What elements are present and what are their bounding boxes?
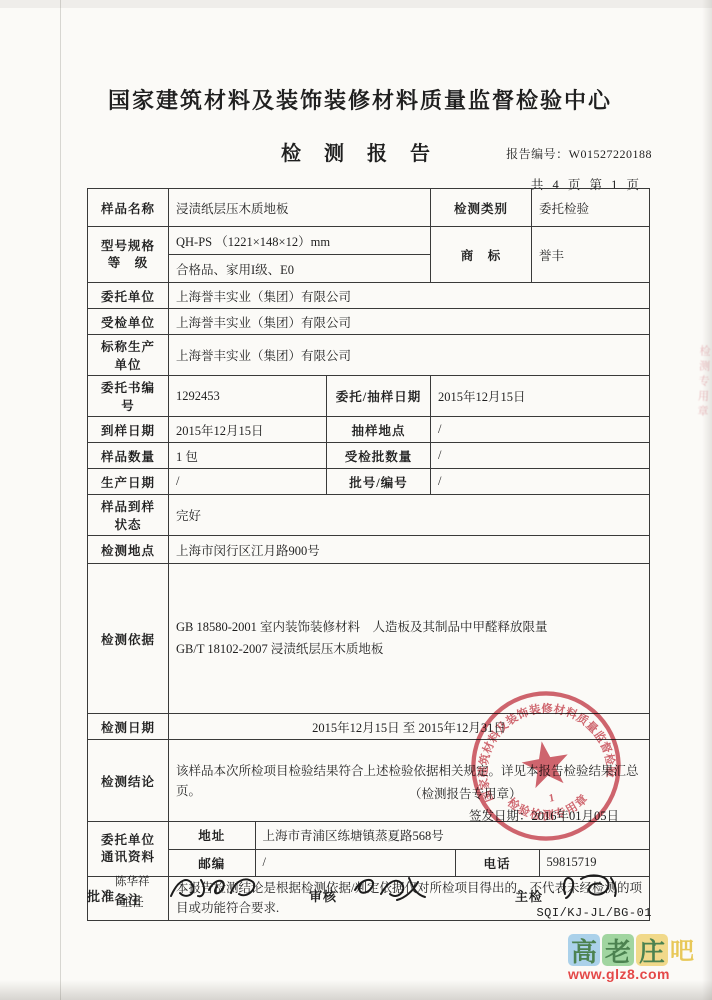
approver-signature (165, 872, 265, 906)
test-category-value: 委托检验 (532, 189, 650, 227)
production-date-label: 生产日期 (88, 469, 169, 495)
paper-right-shade (702, 0, 712, 1000)
table-row: 样品名称 浸渍纸层压木质地板 检测类别 委托检验 (88, 189, 650, 227)
table-row: 委托单位 通讯资料 地址 上海市青浦区练塘镇蒸夏路568号 邮编 / 电话 (88, 822, 650, 877)
table-row: 检测结论 该样品本次所检项目检验结果符合上述检验依据相关规定。详见本报告检验结果… (88, 740, 650, 822)
chief-signature (555, 870, 625, 904)
table-row: 检测依据 GB 18580-2001 室内装饰装修材料 人造板及其制品中甲醛释放… (88, 564, 650, 714)
issue-date: 签发日期：2016年01月05日 (469, 806, 619, 822)
test-category-label: 检测类别 (431, 189, 532, 227)
table-row: 样品数量 1 包 受检批数量 / (88, 443, 650, 469)
phone-label: 电话 (455, 849, 539, 876)
stamp-note: （检测报告专用章） (409, 784, 522, 804)
model-spec-value: QH-PS （1221×148×12）mm (169, 227, 431, 255)
report-number: 报告编号：W01527220188 (506, 145, 652, 162)
report-header: 国家建筑材料及装饰装修材料质量监督检验中心 检 测 报 告 报告编号：W0152… (60, 84, 660, 193)
batch-qty-label: 受检批数量 (327, 443, 431, 469)
sample-name-value: 浸渍纸层压木质地板 (169, 189, 431, 227)
test-date-value: 2015年12月15日 至 2015年12月31日 (169, 714, 650, 740)
production-date-value: / (169, 469, 327, 495)
commission-date-value: 2015年12月15日 (431, 376, 650, 417)
test-basis-value: GB 18580-2001 室内装饰装修材料 人造板及其制品中甲醛释放限量 GB… (169, 564, 650, 714)
chief-label: 主检 (515, 886, 543, 905)
commission-no-value: 1292453 (169, 376, 327, 417)
review-label: 审核 (309, 886, 337, 905)
model-spec-label-line2: 等 级 (95, 255, 161, 272)
watermark-suffix: 吧 (670, 940, 694, 966)
watermark-char-2: 老 (602, 934, 634, 966)
approve-label: 批准 (87, 886, 115, 905)
approver-name: 陈华祥 (115, 876, 150, 888)
test-basis-line1: GB 18580-2001 室内装饰装修材料 人造板及其制品中甲醛释放限量 (176, 617, 642, 638)
model-spec-label: 型号规格 等 级 (88, 227, 169, 283)
test-basis-line2: GB/T 18102-2007 浸渍纸层压木质地板 (176, 639, 642, 660)
doc-code: SQI/KJ-JL/BG-01 (536, 906, 652, 920)
contact-label: 委托单位 通讯资料 (88, 822, 169, 877)
arrival-date-label: 到样日期 (88, 417, 169, 443)
client-label: 委托单位 (88, 283, 169, 309)
signature-row: 批准 陈华祥 主任 审核 主检 SQI/KJ-JL/BG-01 (87, 874, 652, 920)
trademark-value: 誉丰 (532, 227, 650, 283)
report-info-table: 样品名称 浸渍纸层压木质地板 检测类别 委托检验 型号规格 等 级 QH-PS … (87, 188, 650, 921)
batch-no-label: 批号/编号 (327, 469, 431, 495)
arrival-date-value: 2015年12月15日 (169, 417, 327, 443)
test-place-label: 检测地点 (88, 536, 169, 564)
model-spec-label-line1: 型号规格 (95, 238, 161, 255)
edge-stamp-fragment: 检测专用章 (694, 345, 712, 421)
report-number-label: 报告编号： (506, 147, 569, 161)
scan-top-strip (0, 0, 712, 8)
sampling-place-value: / (431, 417, 650, 443)
sample-state-value: 完好 (169, 495, 650, 536)
sample-qty-value: 1 包 (169, 443, 327, 469)
table-row: 到样日期 2015年12月15日 抽样地点 / (88, 417, 650, 443)
table-row: 标称生产单位 上海誉丰实业（集团）有限公司 (88, 335, 650, 376)
table-row: 委托单位 上海誉丰实业（集团）有限公司 (88, 283, 650, 309)
contact-label-line1: 委托单位 (95, 832, 161, 849)
watermark-url: www.glz8.com (568, 966, 708, 982)
conclusion-cell: 该样品本次所检项目检验结果符合上述检验依据相关规定。详见本报告检验结果汇总页。 … (169, 740, 650, 822)
grade-value: 合格品、家用I级、E0 (169, 255, 431, 283)
conclusion-label: 检测结论 (88, 740, 169, 822)
batch-no-value: / (431, 469, 650, 495)
table-row: 委托书编号 1292453 委托/抽样日期 2015年12月15日 (88, 376, 650, 417)
report-page: 国家建筑材料及装饰装修材料质量监督检验中心 检 测 报 告 报告编号：W0152… (0, 0, 712, 1000)
contact-label-line2: 通讯资料 (95, 849, 161, 866)
producer-label: 标称生产单位 (88, 335, 169, 376)
sampling-place-label: 抽样地点 (327, 417, 431, 443)
contact-cell: 地址 上海市青浦区练塘镇蒸夏路568号 邮编 / 电话 59815719 (169, 822, 650, 877)
batch-qty-value: / (431, 443, 650, 469)
sample-state-label: 样品到样状态 (88, 495, 169, 536)
contact-inner-table: 地址 上海市青浦区练塘镇蒸夏路568号 邮编 / 电话 59815719 (169, 822, 649, 876)
address-value: 上海市青浦区练塘镇蒸夏路568号 (255, 822, 649, 849)
table-row: 地址 上海市青浦区练塘镇蒸夏路568号 (169, 822, 649, 849)
test-place-value: 上海市闵行区江月路900号 (169, 536, 650, 564)
reviewer-signature (347, 872, 437, 906)
sample-name-label: 样品名称 (88, 189, 169, 227)
conclusion-text: 该样品本次所检项目检验结果符合上述检验依据相关规定。详见本报告检验结果汇总页。 (176, 764, 639, 798)
table-row: 样品到样状态 完好 (88, 495, 650, 536)
center-name: 国家建筑材料及装饰装修材料质量监督检验中心 (60, 84, 660, 115)
commission-date-label: 委托/抽样日期 (327, 376, 431, 417)
approver-title: 主任 (121, 897, 144, 909)
table-row: 检测日期 2015年12月15日 至 2015年12月31日 (88, 714, 650, 740)
report-number-value: W01527220188 (569, 147, 652, 161)
producer-value: 上海誉丰实业（集团）有限公司 (169, 335, 650, 376)
approver-printed-name: 陈华祥 主任 (115, 872, 150, 913)
table-row: 受检单位 上海誉丰实业（集团）有限公司 (88, 309, 650, 335)
table-row: 生产日期 / 批号/编号 / (88, 469, 650, 495)
client-value: 上海誉丰实业（集团）有限公司 (169, 283, 650, 309)
table-row: 检测地点 上海市闵行区江月路900号 (88, 536, 650, 564)
trademark-label: 商 标 (431, 227, 532, 283)
test-basis-label: 检测依据 (88, 564, 169, 714)
table-row: 型号规格 等 级 QH-PS （1221×148×12）mm 商 标 誉丰 (88, 227, 650, 255)
sample-qty-label: 样品数量 (88, 443, 169, 469)
inspected-unit-value: 上海誉丰实业（集团）有限公司 (169, 309, 650, 335)
watermark-char-1: 高 (568, 934, 600, 966)
commission-no-label: 委托书编号 (88, 376, 169, 417)
inspected-unit-label: 受检单位 (88, 309, 169, 335)
test-date-label: 检测日期 (88, 714, 169, 740)
report-title: 检 测 报 告 (281, 143, 439, 165)
watermark-char-3: 庄 (636, 934, 668, 966)
address-label: 地址 (169, 822, 255, 849)
site-watermark: 高 老 庄 吧 www.glz8.com (568, 934, 708, 996)
